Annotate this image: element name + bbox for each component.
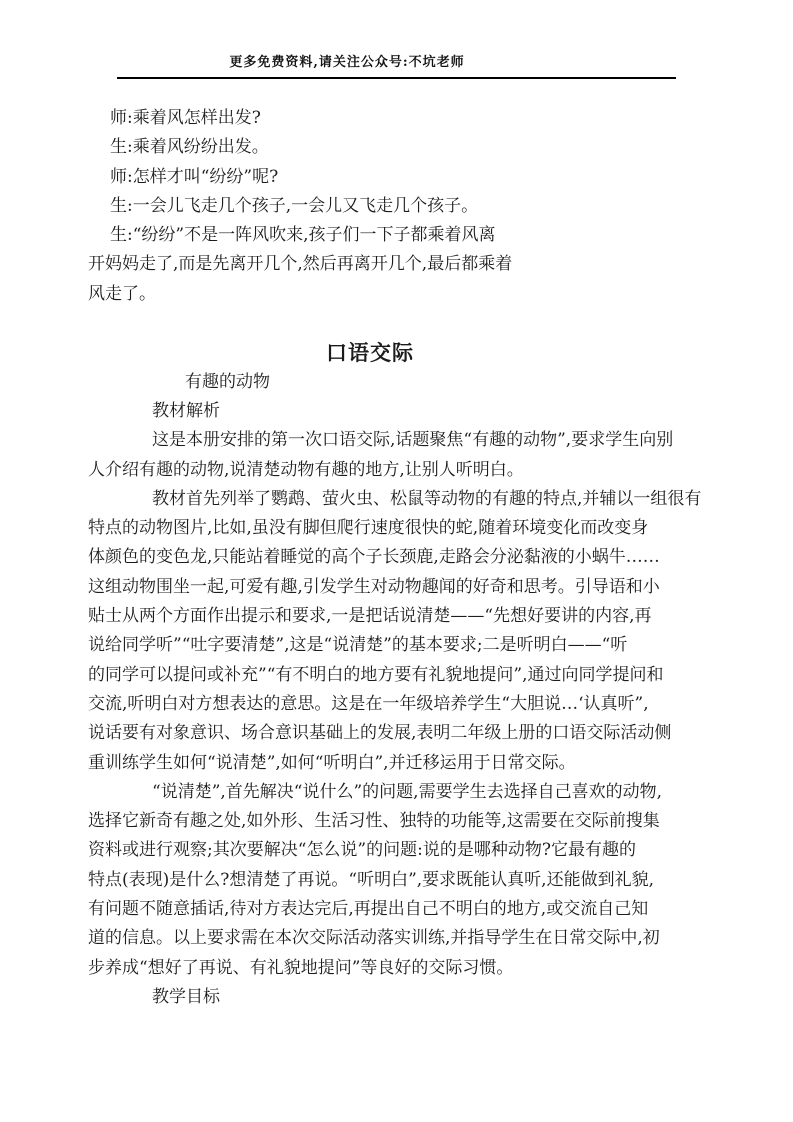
document-line: 的同学可以提问或补充”“有不明白的地方要有礼貌地提问”,通过向同学提问和 [88,661,688,690]
document-line: 特点的动物图片,比如,虽没有脚但爬行速度很快的蛇,随着环境变化而改变身 [88,514,688,543]
document-line: 交流,听明白对方想表达的意思。这是在一年级培养学生“大胆说…‘认真听”, [88,690,688,719]
document-line: 步养成“想好了再说、有礼貌地提问”等良好的交际习惯。 [88,954,688,983]
document-line: 师:怎样才叫“纷纷”呢? [88,163,688,192]
document-line: 特点(表现)是什么?想清楚了再说。“听明白”,要求既能认真听,还能做到礼貌, [88,866,688,895]
document-line: 人介绍有趣的动物,说清楚动物有趣的地方,让别人听明白。 [88,456,688,485]
document-line: 道的信息。以上要求需在本次交际活动落实训练,并指导学生在日常交际中,初 [88,924,688,953]
header-rule [117,77,676,79]
document-line: 教材首先列举了鹦鹉、萤火虫、松鼠等动物的有趣的特点,并辅以一组很有 [88,485,688,514]
document-page: 更多免费资料,请关注公众号:不坑老师 师:乘着风怎样出发?生:乘着风纷纷出发。师… [0,0,793,1122]
document-line: 有趣的动物 [88,368,688,397]
document-line: 风走了。 [88,280,688,309]
document-line: 师:乘着风怎样出发? [88,104,688,133]
document-line: 这是本册安排的第一次口语交际,话题聚焦“有趣的动物”,要求学生向别 [88,426,688,455]
document-body: 师:乘着风怎样出发?生:乘着风纷纷出发。师:怎样才叫“纷纷”呢?生:一会儿飞走几… [88,104,688,1012]
document-line: 生:“纷纷”不是一阵风吹来,孩子们一下子都乘着风离 [88,221,688,250]
document-line: 生:一会儿飞走几个孩子,一会儿又飞走几个孩子。 [88,192,688,221]
document-line: 选择它新奇有趣之处,如外形、生活习性、独特的功能等,这需要在交际前搜集 [88,807,688,836]
document-line: 说给同学听”“吐字要清楚”,这是“说清楚”的基本要求;二是听明白——“听 [88,631,688,660]
document-line: 生:乘着风纷纷出发。 [88,133,688,162]
document-line: 教材解析 [88,397,688,426]
document-line: 这组动物围坐一起,可爱有趣,引发学生对动物趣闻的好奇和思考。引导语和小 [88,573,688,602]
document-line: “说清楚”,首先解决“说什么”的问题,需要学生去选择自己喜欢的动物, [88,778,688,807]
header-notice: 更多免费资料,请关注公众号:不坑老师 [0,51,694,70]
document-line: 体颜色的变色龙,只能站着睡觉的高个子长颈鹿,走路会分泌黏液的小蜗牛…… [88,543,688,572]
document-line: 重训练学生如何“说清楚”,如何“听明白”,并迁移运用于日常交际。 [88,749,688,778]
blank-line [88,309,688,338]
document-line: 资料或进行观察;其次要解决“怎么说”的问题:说的是哪种动物?它最有趣的 [88,836,688,865]
document-line: 有问题不随意插话,待对方表达完后,再提出自己不明白的地方,或交流自己知 [88,895,688,924]
document-line: 说话要有对象意识、场合意识基础上的发展,表明二年级上册的口语交际活动侧 [88,719,688,748]
section-heading: 口语交际 [88,338,652,367]
document-line: 教学目标 [88,983,688,1012]
document-line: 贴士从两个方面作出提示和要求,一是把话说清楚——“先想好要讲的内容,再 [88,602,688,631]
document-line: 开妈妈走了,而是先离开几个,然后再离开几个,最后都乘着 [88,250,688,279]
